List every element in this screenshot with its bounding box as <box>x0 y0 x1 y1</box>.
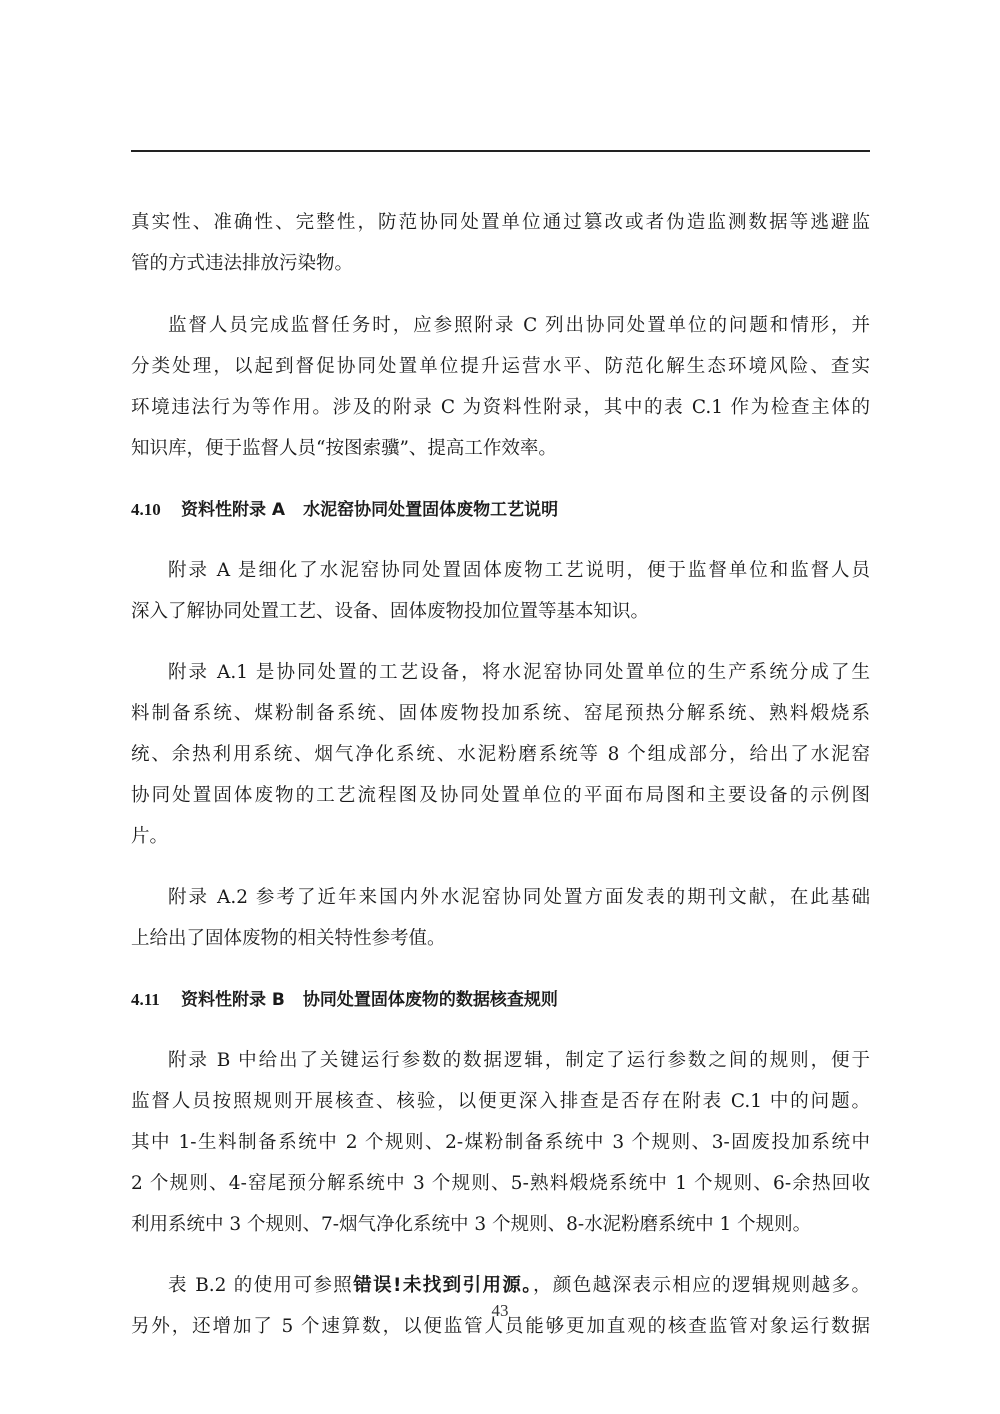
section-title: 协同处置固体废物的数据核查规则 <box>303 990 558 1010</box>
paragraph-appendix-c: 监督人员完成监督任务时，应参照附录 C 列出协同处置单位的问题和情形，并 分类处… <box>131 316 870 459</box>
paragraph-data-authenticity: 真实性、准确性、完整性，防范协同处置单位通过篡改或者伪造监测数据等逃避监 管的方… <box>131 213 870 274</box>
section-label: 资料性附录 A <box>181 500 285 520</box>
paragraph-appendix-a: 附录 A 是细化了水泥窑协同处置固体废物工艺说明，便于监督单位和监督人员 深入了… <box>131 561 870 622</box>
document-body: 真实性、准确性、完整性，防范协同处置单位通过篡改或者伪造监测数据等逃避监 管的方… <box>131 213 870 1337</box>
text-line: 协同处置固体废物的工艺流程图及协同处置单位的平面布局图和主要设备的示例图 <box>131 786 870 806</box>
page-number: 43 <box>0 1301 1000 1321</box>
reference-error: 错误!未找到引用源。 <box>353 1275 533 1296</box>
section-heading-4-10: 4.10资料性附录 A水泥窑协同处置固体废物工艺说明 <box>131 500 870 520</box>
text-line: 2 个规则、4-窑尾预分解系统中 3 个规则、5-熟料煅烧系统中 1 个规则、6… <box>131 1174 870 1194</box>
paragraph-appendix-b: 附录 B 中给出了关键运行参数的数据逻辑，制定了运行参数之间的规则，便于 监督人… <box>131 1051 870 1235</box>
text-line: 附录 B 中给出了关键运行参数的数据逻辑，制定了运行参数之间的规则，便于 <box>131 1051 870 1071</box>
text-line: 管的方式违法排放污染物。 <box>131 254 870 274</box>
text-line: 附录 A 是细化了水泥窑协同处置固体废物工艺说明，便于监督单位和监督人员 <box>131 561 870 581</box>
text-line: 深入了解协同处置工艺、设备、固体废物投加位置等基本知识。 <box>131 602 870 622</box>
text-line: 监督人员完成监督任务时，应参照附录 C 列出协同处置单位的问题和情形，并 <box>131 316 870 336</box>
section-title: 水泥窑协同处置固体废物工艺说明 <box>303 500 558 520</box>
text-line: 知识库，便于监督人员“按图索骥”、提高工作效率。 <box>131 439 870 459</box>
text-line: 上给出了固体废物的相关特性参考值。 <box>131 929 870 949</box>
text-line: 片。 <box>131 827 870 847</box>
text-line: 附录 A.2 参考了近年来国内外水泥窑协同处置方面发表的期刊文献，在此基础 <box>131 888 870 908</box>
text-line: 附录 A.1 是协同处置的工艺设备，将水泥窑协同处置单位的生产系统分成了生 <box>131 663 870 683</box>
text-line: 料制备系统、煤粉制备系统、固体废物投加系统、窑尾预热分解系统、熟料煅烧系 <box>131 704 870 724</box>
paragraph-appendix-a2: 附录 A.2 参考了近年来国内外水泥窑协同处置方面发表的期刊文献，在此基础 上给… <box>131 888 870 949</box>
text-segment: 表 B.2 的使用可参照 <box>168 1275 353 1296</box>
text-line: 监督人员按照规则开展核查、核验，以便更深入排查是否存在附表 C.1 中的问题。 <box>131 1092 870 1112</box>
section-number: 4.10 <box>131 500 181 520</box>
section-heading-4-11: 4.11资料性附录 B协同处置固体废物的数据核查规则 <box>131 990 870 1010</box>
text-line: 分类处理，以起到督促协同处置单位提升运营水平、防范化解生态环境风险、查实 <box>131 357 870 377</box>
text-line: 统、余热利用系统、烟气净化系统、水泥粉磨系统等 8 个组成部分，给出了水泥窑 <box>131 745 870 765</box>
text-line: 利用系统中 3 个规则、7-烟气净化系统中 3 个规则、8-水泥粉磨系统中 1 … <box>131 1215 870 1235</box>
header-rule <box>131 150 870 152</box>
section-label: 资料性附录 B <box>181 990 285 1010</box>
text-line: 环境违法行为等作用。涉及的附录 C 为资料性附录，其中的表 C.1 作为检查主体… <box>131 398 870 418</box>
text-line: 表 B.2 的使用可参照错误!未找到引用源。，颜色越深表示相应的逻辑规则越多。 <box>131 1276 870 1296</box>
section-number: 4.11 <box>131 990 181 1010</box>
text-line: 真实性、准确性、完整性，防范协同处置单位通过篡改或者伪造监测数据等逃避监 <box>131 213 870 233</box>
text-line: 其中 1-生料制备系统中 2 个规则、2-煤粉制备系统中 3 个规则、3-固废投… <box>131 1133 870 1153</box>
paragraph-appendix-a1: 附录 A.1 是协同处置的工艺设备，将水泥窑协同处置单位的生产系统分成了生 料制… <box>131 663 870 847</box>
text-segment: ，颜色越深表示相应的逻辑规则越多。 <box>533 1275 870 1296</box>
